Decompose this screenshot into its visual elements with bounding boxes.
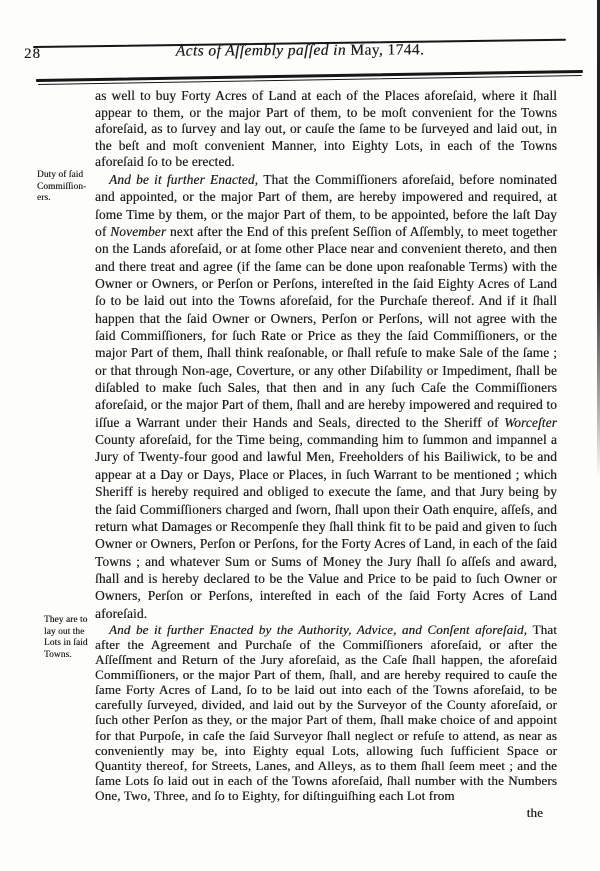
document-page: 28 Acts of Aſſembly paſſed in May, 1744.… xyxy=(0,0,600,871)
body-text-column: as well to buy Forty Acres of Land at ea… xyxy=(95,88,557,821)
catchword: the xyxy=(95,804,557,821)
enacting-lead-in: And be it further Enacted, xyxy=(109,172,263,187)
scan-edge-artifact xyxy=(597,0,600,478)
running-title: Acts of Aſſembly paſſed in May, 1744. xyxy=(0,40,600,61)
running-title-roman: May, 1744. xyxy=(350,41,424,58)
paragraph-enacting-clause-1: And be it further Enacted, That the Comm… xyxy=(95,171,557,622)
running-title-italic: Acts of Aſſembly paſſed in xyxy=(176,42,351,60)
month-name-italic: November xyxy=(110,224,166,239)
paragraph-enacting-clause-2: And be it further Enacted by the Authori… xyxy=(95,622,557,803)
enacting-lead-in: And be it further Enacted by the Authori… xyxy=(109,622,533,637)
body-run: That after the Agreement and Purchaſe of… xyxy=(95,622,557,803)
body-run: next after the End of this preſent Seſſi… xyxy=(95,224,557,430)
running-head: 28 Acts of Aſſembly paſſed in May, 1744. xyxy=(0,42,600,64)
body-run: County aforeſaid, for the Time being, co… xyxy=(95,432,557,620)
county-name-italic: Worceſter xyxy=(504,415,557,430)
paragraph-continuation: as well to buy Forty Acres of Land at ea… xyxy=(95,88,557,171)
